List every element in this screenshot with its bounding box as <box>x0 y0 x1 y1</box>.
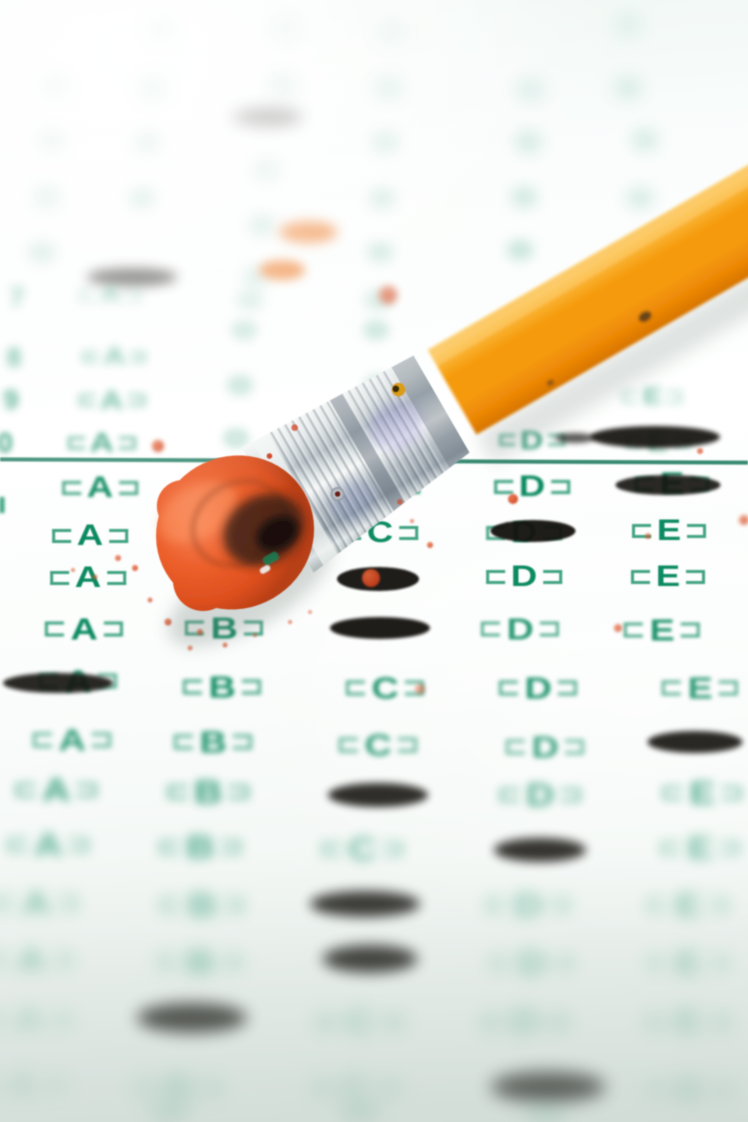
scantron-answer-sheet-photo: 7A8A9AE0ADEACDEACDEADEABDEABCDEABCDABDEA… <box>0 0 748 1122</box>
pencil <box>0 0 748 1122</box>
